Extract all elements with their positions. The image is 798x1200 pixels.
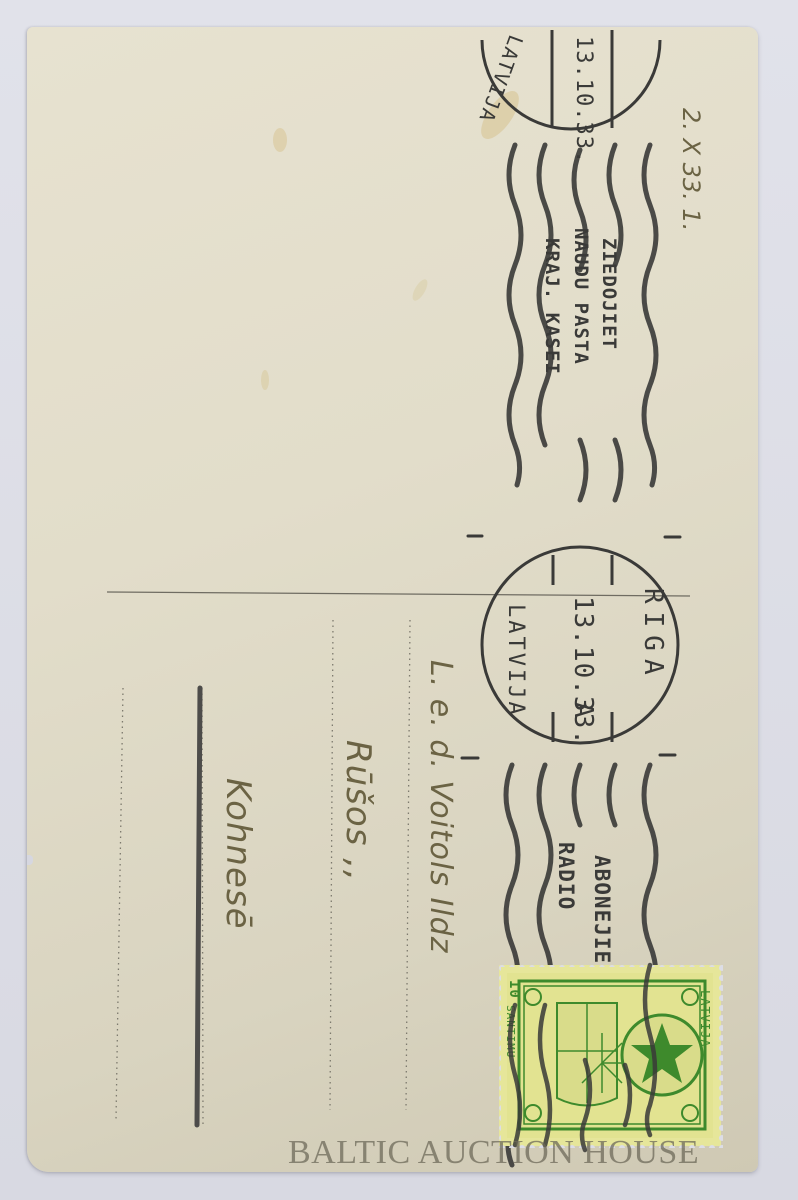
watermark-text: BALTIC AUCTION HOUSE: [288, 1134, 768, 1172]
stamp-cancellation: [0, 0, 798, 1200]
